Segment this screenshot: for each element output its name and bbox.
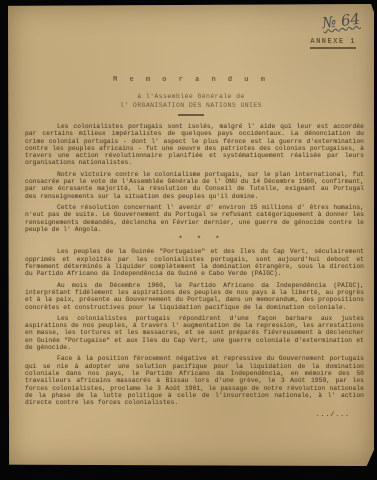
- paragraph-7: Face à la position férocement négative e…: [25, 355, 364, 406]
- continuation-mark: .../...: [25, 411, 350, 418]
- paragraph-3: Cette résolution concernant l' avenir d'…: [25, 204, 364, 233]
- memo-body: Les colonialistes portugais sont isolés,…: [25, 123, 364, 419]
- paragraph-4: Les peuples de la Guinée "Portugaise" et…: [25, 248, 364, 277]
- title-underline-rule: [178, 114, 204, 116]
- paragraph-6: Les colonialistes portugais répondirent …: [25, 315, 364, 351]
- paragraph-2: Notre victoire contre le colonialisme po…: [25, 171, 364, 200]
- section-separator: * * *: [39, 237, 364, 244]
- paper-sheet: № 64 ANNEXE 1 M e m o r a n d u m à l'As…: [8, 4, 374, 466]
- memo-subtitle-line1: à l'Assemblée Générale de: [8, 93, 374, 100]
- title-block: M e m o r a n d u m à l'Assemblée Généra…: [8, 4, 374, 116]
- memo-subtitle-line2: l' ORGANISATION DES NATIONS UNIES: [8, 102, 374, 109]
- paragraph-5: Au mois de Décembre 1960, le Partido Afr…: [25, 282, 364, 311]
- annex-label: ANNEXE 1: [310, 38, 356, 49]
- paragraph-1: Les colonialistes portugais sont isolés,…: [25, 123, 364, 167]
- memo-title: M e m o r a n d u m: [8, 76, 374, 84]
